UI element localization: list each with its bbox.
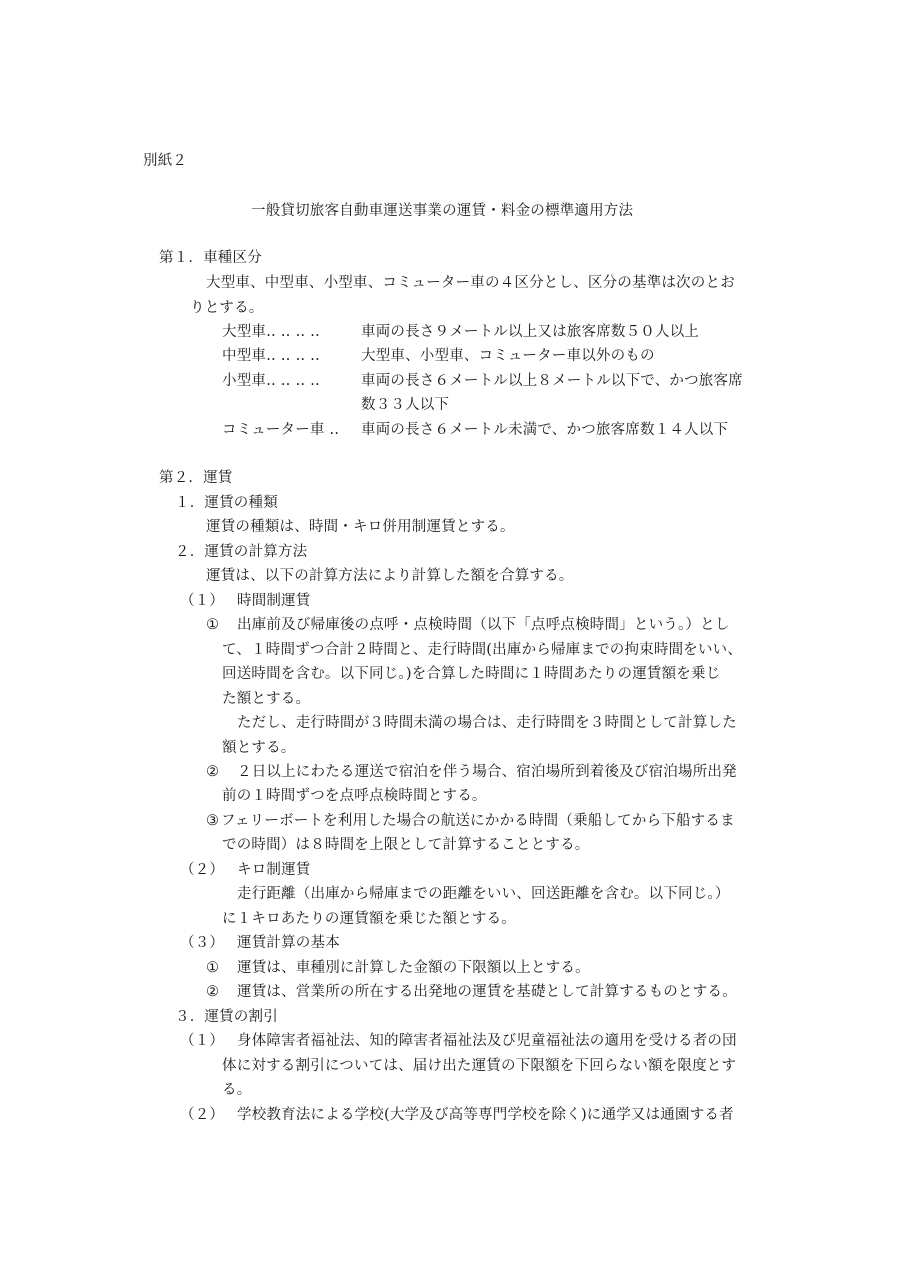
point-line: での時間）は８時間を上限として計算することとする。 xyxy=(222,836,590,854)
item-heading: 運賃計算の基本 xyxy=(237,934,340,952)
paragraph-line: 身体障害者福祉法、知的障害者福祉法及び児童福祉法の適用を受ける者の団 xyxy=(237,1032,737,1050)
point-line: 出庫前及び帰庫後の点呼・点検時間（以下「点呼点検時間」という。）とし xyxy=(237,616,730,634)
subsection-heading: ３．運賃の割引 xyxy=(175,1008,278,1026)
attachment-label: 別紙２ xyxy=(143,152,187,170)
item-label: （１） xyxy=(180,1032,224,1050)
item-label: （３） xyxy=(180,934,224,952)
point-line: た額とする。 xyxy=(222,690,310,708)
paragraph-line: る。 xyxy=(222,1081,251,1099)
paragraph: 運賃は、以下の計算方法により計算した額を合算する。 xyxy=(206,567,574,585)
vehicle-type-definition: 数３３人以下 xyxy=(361,396,449,414)
paragraph-line: に１キロあたりの運賃額を乗じた額とする。 xyxy=(222,910,516,928)
vehicle-type-name: 小型車‥ ‥ ‥ ‥ xyxy=(222,372,320,390)
vehicle-type-name: 大型車‥ ‥ ‥ ‥ xyxy=(222,323,320,341)
vehicle-type-definition: 車両の長さ６メートル以上８メートル以下で、かつ旅客席 xyxy=(361,372,743,390)
point-marker: ① xyxy=(206,616,219,634)
item-heading: キロ制運賃 xyxy=(237,861,311,879)
point-line: 運賃は、車種別に計算した金額の下限額以上とする。 xyxy=(237,959,590,977)
document-page: 別紙２ 一般貸切旅客自動車運送事業の運賃・料金の標準適用方法 第１．車種区分 大… xyxy=(0,0,905,1280)
subsection-heading: １．運賃の種類 xyxy=(175,494,278,512)
vehicle-type-definition: 車両の長さ６メートル未満で、かつ旅客席数１４人以下 xyxy=(361,421,728,439)
paragraph-line: 走行距離（出庫から帰庫までの距離をいい、回送距離を含む。以下同じ。） xyxy=(237,885,730,903)
item-label: （２） xyxy=(180,1106,224,1124)
paragraph-line: 体に対する割引については、届け出た運賃の下限額を下回らない額を限度とす xyxy=(222,1057,736,1075)
vehicle-type-name: コミューター車 ‥ xyxy=(222,421,339,439)
point-line: て、１時間ずつ合計２時間と、走行時間(出庫から帰庫までの拘束時間をいい、 xyxy=(222,641,742,659)
point-line: ただし、走行時間が３時間未満の場合は、走行時間を３時間として計算した xyxy=(237,714,737,732)
item-label: （１） xyxy=(180,592,224,610)
section2-heading: 第２．運賃 xyxy=(159,469,233,487)
point-line: 回送時間を含む。以下同じ。)を合算した時間に１時間あたりの運賃額を乗じ xyxy=(222,665,720,683)
item-label: （２） xyxy=(180,861,224,879)
point-line: 前の１時間ずつを点呼点検時間とする。 xyxy=(222,787,487,805)
point-line: フェリーボートを利用した場合の航送にかかる時間（乗船してから下船するま xyxy=(221,812,735,830)
point-line: ２日以上にわたる運送で宿泊を伴う場合、宿泊場所到着後及び宿泊場所出発 xyxy=(237,763,737,781)
point-marker: ① xyxy=(206,959,219,977)
point-line: 額とする。 xyxy=(222,739,296,757)
section1-intro-line: りとする。 xyxy=(190,299,264,317)
vehicle-type-definition: 車両の長さ９メートル以上又は旅客席数５０人以上 xyxy=(361,323,699,341)
point-line: 運賃は、営業所の所在する出発地の運賃を基礎として計算するものとする。 xyxy=(237,983,737,1001)
vehicle-type-definition: 大型車、小型車、コミューター車以外のもの xyxy=(361,347,655,365)
document-title: 一般貸切旅客自動車運送事業の運賃・料金の標準適用方法 xyxy=(251,202,633,220)
paragraph: 運賃の種類は、時間・キロ併用制運賃とする。 xyxy=(206,518,515,536)
paragraph-line: 学校教育法による学校(大学及び高等専門学校を除く)に通学又は通園する者 xyxy=(237,1106,734,1124)
item-heading: 時間制運賃 xyxy=(237,592,311,610)
vehicle-type-name: 中型車‥ ‥ ‥ ‥ xyxy=(222,347,320,365)
section1-heading: 第１．車種区分 xyxy=(159,249,262,267)
point-marker: ③ xyxy=(206,812,219,830)
point-marker: ② xyxy=(206,763,219,781)
section1-intro-line: 大型車、中型車、小型車、コミューター車の４区分とし、区分の基準は次のとお xyxy=(206,274,735,292)
point-marker: ② xyxy=(206,983,219,1001)
subsection-heading: ２．運賃の計算方法 xyxy=(175,543,307,561)
